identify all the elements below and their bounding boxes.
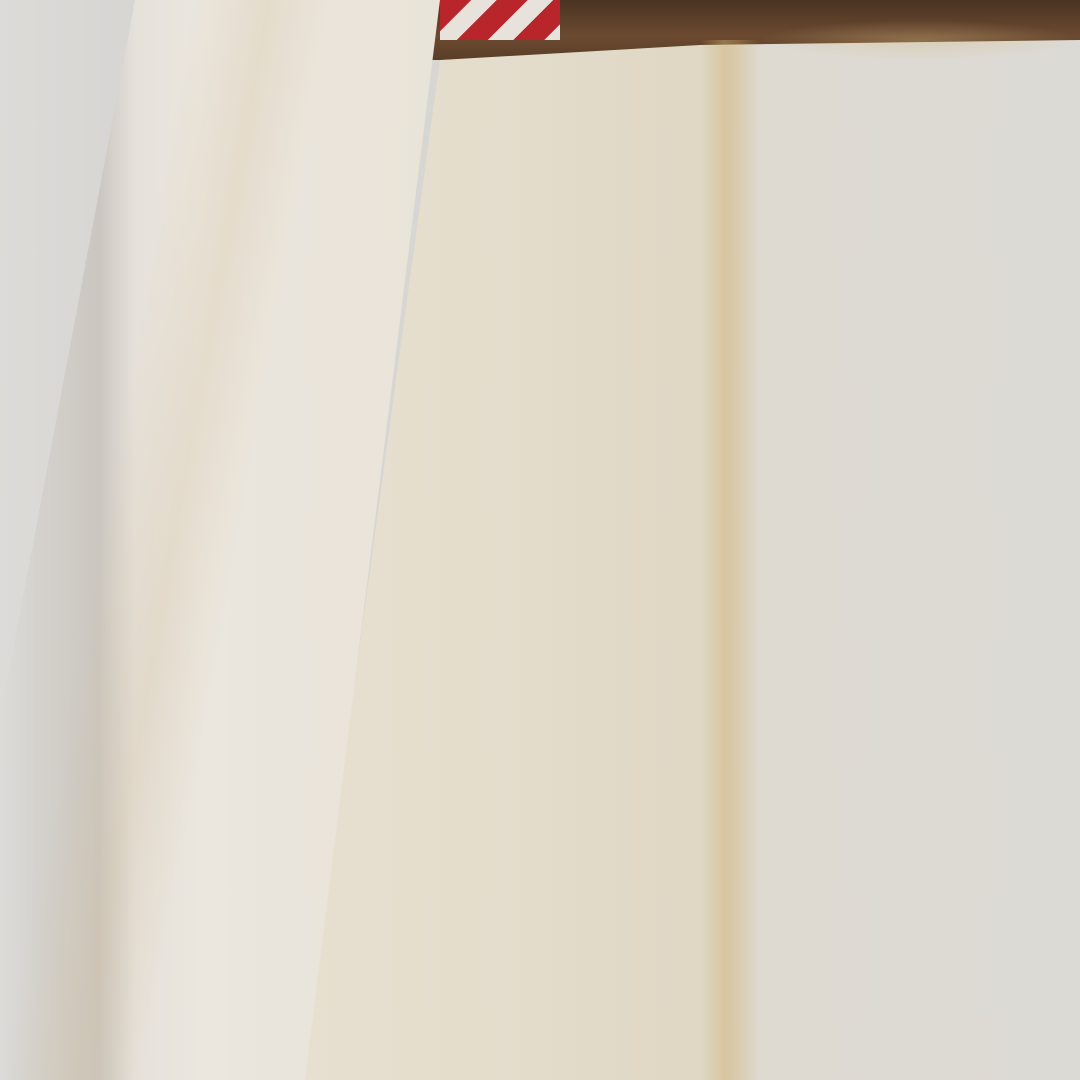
- right-book-page: [300, 40, 1080, 1080]
- page-stain: [700, 40, 760, 1080]
- photo-scene: Photograph of an open book with blank, y…: [0, 0, 1080, 1080]
- red-patterned-box: [440, 0, 560, 40]
- top-page-stain: [760, 20, 1080, 60]
